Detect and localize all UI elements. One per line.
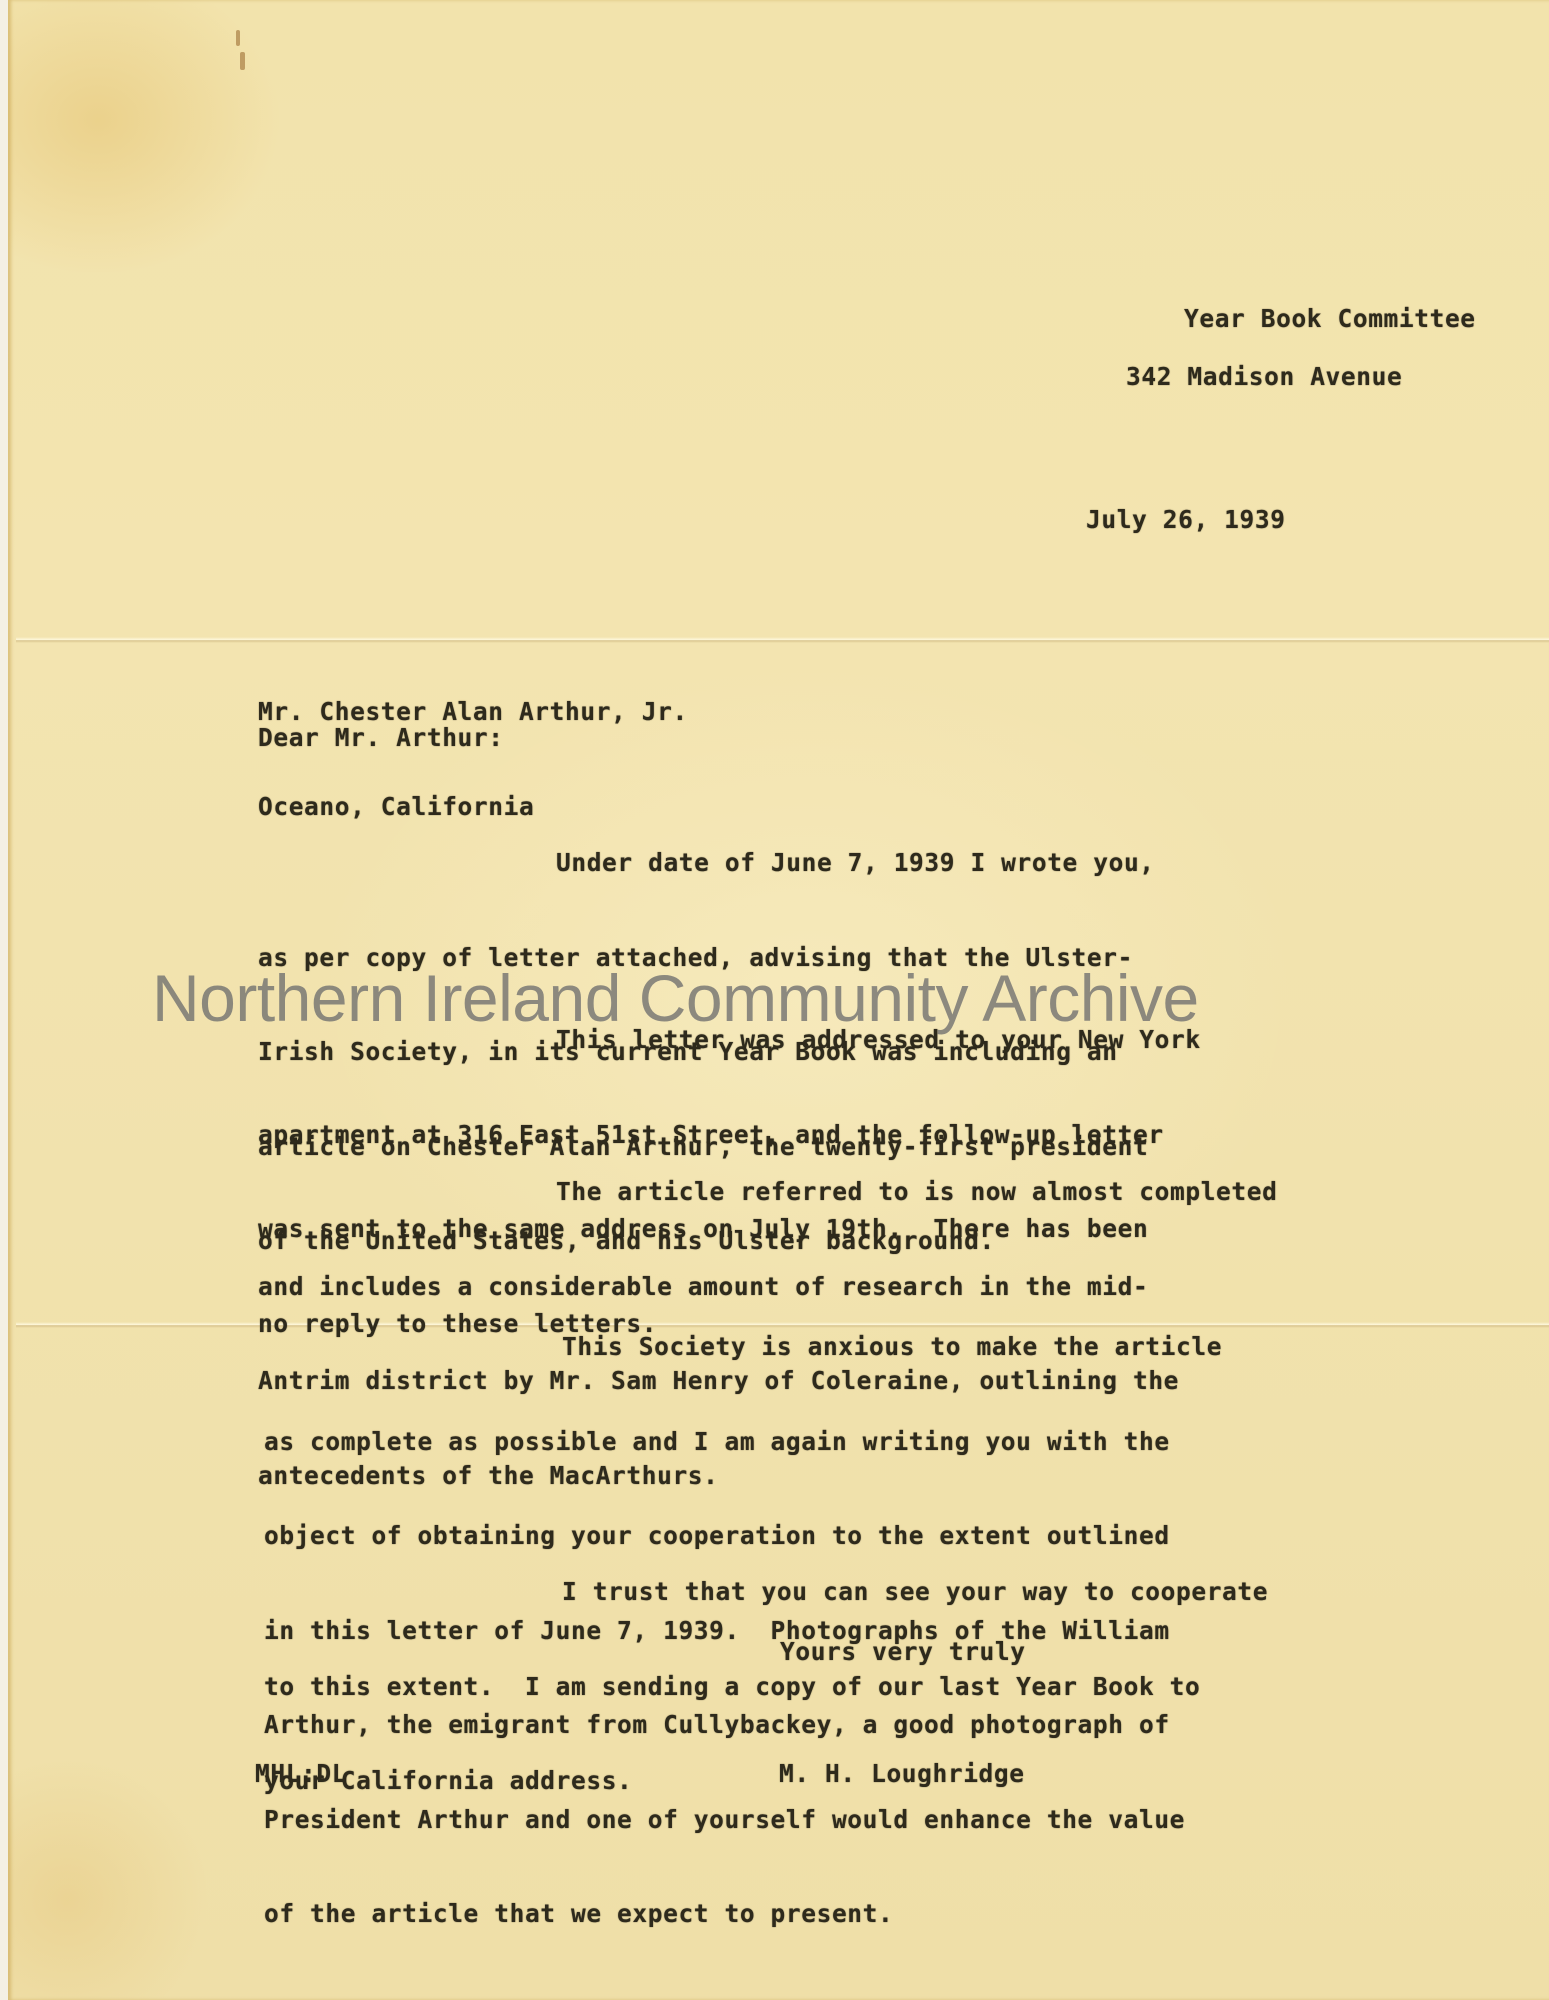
- paper-stain: [240, 52, 245, 70]
- letterhead-address: 342 Madison Avenue: [1126, 361, 1402, 393]
- paper-stain: [236, 30, 240, 46]
- paragraph-line: This Society is anxious to make the arti…: [264, 1331, 1222, 1363]
- fold-crease-upper: [16, 637, 1549, 643]
- paragraph-line: The article referred to is now almost co…: [258, 1176, 1277, 1208]
- reference-initials: MHL:DL: [255, 1758, 347, 1790]
- letter-date: July 26, 1939: [1086, 504, 1286, 536]
- paragraph-line: to this extent. I am sending a copy of o…: [264, 1671, 1268, 1703]
- paragraph-line: of the article that we expect to present…: [264, 1898, 1222, 1930]
- paragraph-5: I trust that you can see your way to coo…: [264, 1513, 1268, 1860]
- signatory-name: M. H. Loughridge: [779, 1758, 1025, 1790]
- archive-watermark: Northern Ireland Community Archive: [152, 963, 1199, 1033]
- paragraph-line: as complete as possible and I am again w…: [264, 1426, 1222, 1458]
- closing: Yours very truly: [780, 1636, 1026, 1668]
- paragraph-line: Under date of June 7, 1939 I wrote you,: [258, 847, 1155, 879]
- paragraph-line: I trust that you can see your way to coo…: [264, 1576, 1268, 1608]
- letterhead-committee: Year Book Committee: [1184, 303, 1476, 335]
- salutation: Dear Mr. Arthur:: [258, 722, 504, 754]
- paragraph-line: your California address.: [264, 1765, 1268, 1797]
